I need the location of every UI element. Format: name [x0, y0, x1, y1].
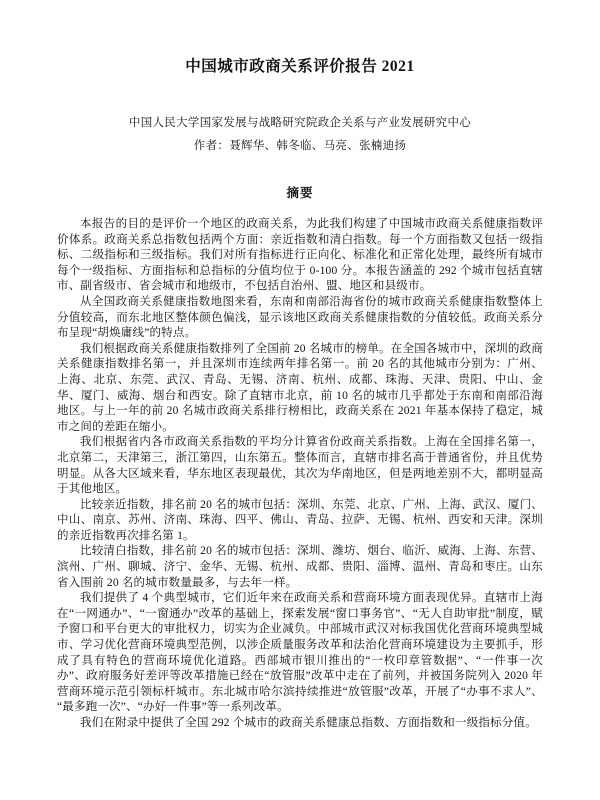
abstract-body: 本报告的目的是评价一个地区的政商关系，为此我们构建了中国城市政商关系健康指数评价… [57, 217, 543, 732]
abstract-paragraph-3: 我们根据政商关系健康指数排列了全国前 20 名城市的榜单。在全国各城市中，深圳的… [57, 342, 543, 436]
document-page: 中国城市政商关系评价报告 2021 中国人民大学国家发展与战略研究院政企关系与产… [0, 0, 600, 800]
report-title: 中国城市政商关系评价报告 2021 [57, 54, 543, 76]
abstract-paragraph-2: 从全国政商关系健康指数地图来看，东南和南部沿海省份的城市政商关系健康指数整体上分… [57, 295, 543, 342]
abstract-heading: 摘要 [57, 183, 543, 201]
abstract-paragraph-1: 本报告的目的是评价一个地区的政商关系，为此我们构建了中国城市政商关系健康指数评价… [57, 217, 543, 295]
abstract-paragraph-5: 比较亲近指数，排名前 20 名的城市包括：深圳、东莞、北京、广州、上海、武汉、厦… [57, 498, 543, 545]
abstract-paragraph-7: 我们提供了 4 个典型城市，它们近年来在政商关系和营商环境方面表现优异。直辖市上… [57, 591, 543, 716]
abstract-paragraph-8: 我们在附录中提供了全国 292 个城市的政商关系健康总指数、方面指数和一级指标分… [57, 716, 543, 732]
affiliation-line: 中国人民大学国家发展与战略研究院政企关系与产业发展研究中心 [57, 114, 543, 130]
authors-line: 作者：聂辉华、韩冬临、马亮、张楠迪扬 [57, 137, 543, 153]
abstract-paragraph-6: 比较清白指数，排名前 20 名的城市包括：深圳、潍坊、烟台、临沂、威海、上海、东… [57, 544, 543, 591]
abstract-paragraph-4: 我们根据省内各市政商关系指数的平均分计算省份政商关系指数。上海在全国排名第一，北… [57, 435, 543, 497]
